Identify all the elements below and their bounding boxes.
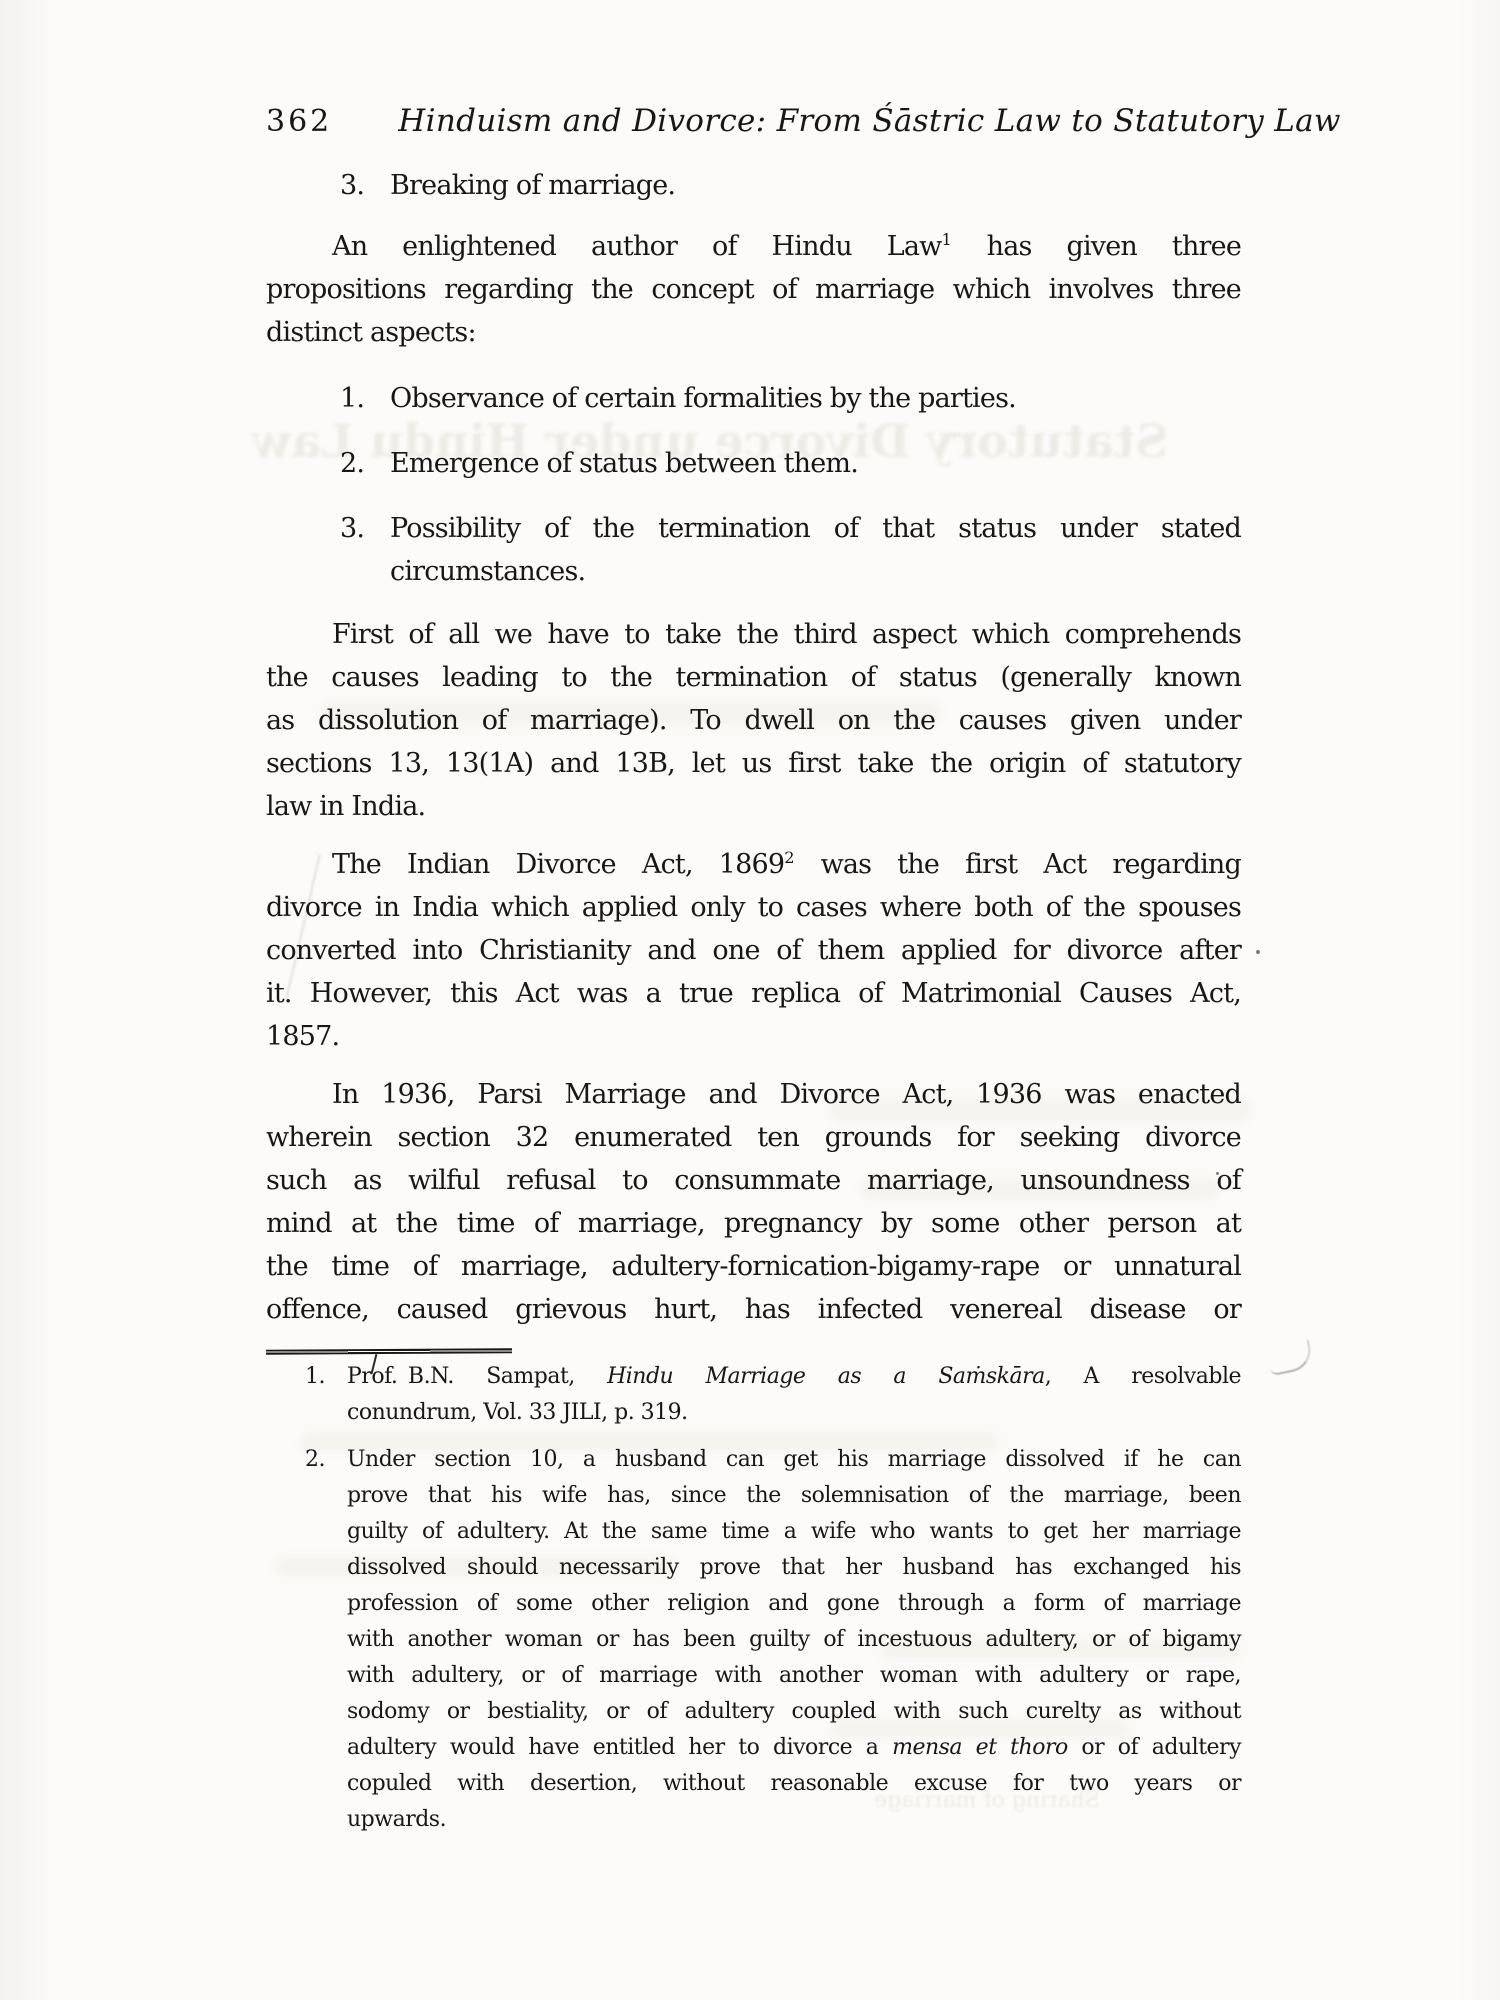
text-line: such as wilful refusal to consummate mar… bbox=[266, 1159, 1241, 1202]
footnote-text: Prof. B.N. Sampat, Hindu Marriage as a S… bbox=[347, 1359, 1241, 1431]
list-item: 2.Emergence of status between them. bbox=[266, 442, 1241, 485]
continued-list-item: 3. Breaking of marriage. bbox=[266, 164, 1241, 207]
text-line: upwards. bbox=[347, 1802, 1241, 1838]
text-line: Possibility of the termination of that s… bbox=[390, 507, 1241, 550]
text-line: Under section 10, a husband can get his … bbox=[347, 1442, 1241, 1478]
paragraph-indian-divorce-act: The Indian Divorce Act, 18692 was the fi… bbox=[266, 843, 1241, 1058]
paragraph-intro: An enlightened author of Hindu Law1 has … bbox=[266, 225, 1241, 354]
paragraph-parsi-act: In 1936, Parsi Marriage and Divorce Act,… bbox=[266, 1073, 1241, 1331]
footnote-text: Under section 10, a husband can get his … bbox=[347, 1442, 1241, 1838]
item-text: Breaking of marriage. bbox=[390, 164, 1241, 207]
footnote: 1.Prof. B.N. Sampat, Hindu Marriage as a… bbox=[266, 1359, 1241, 1431]
book-page-scan: Statutory Divorce under Hindu Law Sharin… bbox=[0, 0, 1500, 2000]
item-number: 3. bbox=[340, 507, 390, 593]
paragraph-first-aspect: First of all we have to take the third a… bbox=[266, 613, 1241, 828]
item-text: Possibility of the termination of that s… bbox=[390, 507, 1241, 593]
text-line: propositions regarding the concept of ma… bbox=[266, 268, 1241, 311]
text-line: converted into Christianity and one of t… bbox=[266, 929, 1241, 972]
text-line: sections 13, 13(1A) and 13B, let us firs… bbox=[266, 742, 1241, 785]
text-line: the time of marriage, adultery-fornicati… bbox=[266, 1245, 1241, 1288]
text-line: the causes leading to the termination of… bbox=[266, 656, 1241, 699]
text-line: offence, caused grievous hurt, has infec… bbox=[266, 1288, 1241, 1331]
text-line: adultery would have entitled her to divo… bbox=[347, 1730, 1241, 1766]
text-line: mind at the time of marriage, pregnancy … bbox=[266, 1202, 1241, 1245]
text-line: as dissolution of marriage). To dwell on… bbox=[266, 699, 1241, 742]
ink-dot bbox=[1256, 950, 1260, 954]
text-line: dissolved should necessarily prove that … bbox=[347, 1550, 1241, 1586]
text-line: with adultery, or of marriage with anoth… bbox=[347, 1658, 1241, 1694]
pen-squiggle bbox=[1266, 1340, 1315, 1377]
footnote-number: 2. bbox=[305, 1442, 347, 1838]
running-title: Hinduism and Divorce: From Śāstric Law t… bbox=[398, 102, 1340, 140]
footnote: 2.Under section 10, a husband can get hi… bbox=[266, 1442, 1241, 1838]
text-line: guilty of adultery. At the same time a w… bbox=[347, 1514, 1241, 1550]
item-number: 3. bbox=[340, 164, 390, 207]
item-text: Emergence of status between them. bbox=[390, 442, 1241, 485]
text-line: prove that his wife has, since the solem… bbox=[347, 1478, 1241, 1514]
text-line: Observance of certain formalities by the… bbox=[390, 377, 1241, 420]
text-line: wherein section 32 enumerated ten ground… bbox=[266, 1116, 1241, 1159]
text-line: In 1936, Parsi Marriage and Divorce Act,… bbox=[266, 1073, 1241, 1116]
text-line: it. However, this Act was a true replica… bbox=[266, 972, 1241, 1015]
list-item: 3. Breaking of marriage. bbox=[266, 164, 1241, 207]
text-line: conundrum, Vol. 33 JILI, p. 319. bbox=[347, 1395, 1241, 1431]
text-line: with another woman or has been guilty of… bbox=[347, 1622, 1241, 1658]
text-line: First of all we have to take the third a… bbox=[266, 613, 1241, 656]
text-line: sodomy or bestiality, or of adultery cou… bbox=[347, 1694, 1241, 1730]
ink-dot bbox=[1216, 1172, 1219, 1175]
list-item: 3.Possibility of the termination of that… bbox=[266, 507, 1241, 593]
text-line: The Indian Divorce Act, 18692 was the fi… bbox=[266, 843, 1241, 886]
text-line: divorce in India which applied only to c… bbox=[266, 886, 1241, 929]
footnotes: 1.Prof. B.N. Sampat, Hindu Marriage as a… bbox=[266, 1359, 1241, 1838]
list-item: 1.Observance of certain formalities by t… bbox=[266, 377, 1241, 420]
item-number: 2. bbox=[340, 442, 390, 485]
item-number: 1. bbox=[340, 377, 390, 420]
text-line: Emergence of status between them. bbox=[390, 442, 1241, 485]
item-text: Observance of certain formalities by the… bbox=[390, 377, 1241, 420]
text-line: circumstances. bbox=[390, 550, 1241, 593]
footnote-separator bbox=[266, 1348, 512, 1355]
text-line: law in India. bbox=[266, 785, 1241, 828]
text-line: 1857. bbox=[266, 1015, 1241, 1058]
text-line: profession of some other religion and go… bbox=[347, 1586, 1241, 1622]
text-line: Prof. B.N. Sampat, Hindu Marriage as a S… bbox=[347, 1359, 1241, 1395]
page-header: 362 Hinduism and Divorce: From Śāstric L… bbox=[266, 102, 1251, 141]
text-line: An enlightened author of Hindu Law1 has … bbox=[266, 225, 1241, 268]
text-line: copuled with desertion, without reasonab… bbox=[347, 1766, 1241, 1802]
numbered-list: 1.Observance of certain formalities by t… bbox=[266, 377, 1241, 593]
footnote-number: 1. bbox=[305, 1359, 347, 1431]
text-line: distinct aspects: bbox=[266, 311, 1241, 354]
page-number: 362 bbox=[266, 103, 332, 141]
